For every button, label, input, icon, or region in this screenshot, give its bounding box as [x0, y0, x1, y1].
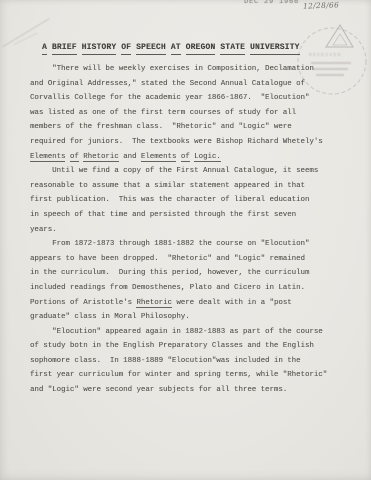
title-word: STATE [220, 43, 245, 55]
document-body: "There will be weekly exercises in Compo… [30, 62, 327, 398]
text-line: Until we find a copy of the First Annual… [30, 164, 327, 179]
text-line: was listed as one of the first term cour… [30, 106, 327, 121]
title-word: OF [121, 43, 131, 55]
title-word: BRIEF [52, 43, 77, 55]
text-line: Elements of Rhetoric and Elements of Log… [30, 150, 327, 165]
date-stamp: DEC 29 1966 [244, 0, 299, 6]
text-line: and "Logic" were second year subjects fo… [30, 383, 327, 398]
title-word: HISTORY [82, 43, 117, 55]
received-stamp-text: RECEIVED [309, 53, 342, 58]
text-line: "There will be weekly exercises in Compo… [30, 62, 327, 77]
text-line: in speech of that time and persisted thr… [30, 208, 327, 223]
text-line: included readings from Demosthenes, Plat… [30, 281, 327, 296]
title-word: OREGON [186, 43, 216, 55]
paragraph: From 1872-1873 through 1881-1882 the cou… [30, 237, 327, 325]
document-title: A BRIEF HISTORY OF SPEECH AT OREGON STAT… [42, 43, 300, 52]
text-line: reasonable to assume that a similar stat… [30, 179, 327, 194]
text-line: and Original Addresses," stated the Seco… [30, 77, 327, 92]
text-line: first publication. This was the characte… [30, 193, 327, 208]
text-line: appears to have been dropped. "Rhetoric"… [30, 252, 327, 267]
text-line: Portions of Aristotle's Rhetoric were de… [30, 296, 327, 311]
text-line: first year curriculum for winter and spr… [30, 368, 327, 383]
title-word: A [42, 43, 47, 55]
text-line: graduate" class in Moral Philosophy. [30, 310, 327, 325]
text-line: "Elocution" appeared again in 1882-1883 … [30, 325, 327, 340]
paragraph: Until we find a copy of the First Annual… [30, 164, 327, 237]
text-line: of study botn in the English Preparatory… [30, 339, 327, 354]
text-line: From 1872-1873 through 1881-1882 the cou… [30, 237, 327, 252]
text-line: Corvallis College for the academic year … [30, 91, 327, 106]
paragraph: "Elocution" appeared again in 1882-1883 … [30, 325, 327, 398]
text-line: years. [30, 223, 327, 238]
text-line: required for juniors. The textbooks were… [30, 135, 327, 150]
title-word: UNIVERSITY [250, 43, 300, 55]
handwritten-date: 12/28/66 [303, 0, 339, 10]
text-line: sophomore class. In 1888-1889 "Elocution… [30, 354, 327, 369]
pencil-mark [14, 33, 38, 45]
title-word: AT [171, 43, 181, 55]
paragraph: "There will be weekly exercises in Compo… [30, 62, 327, 164]
text-line: in the curriculum. During this period, h… [30, 266, 327, 281]
document-page: DEC 29 1966 12/28/66 RECEIVED A BRIEF HI… [0, 0, 371, 480]
title-word: SPEECH [136, 43, 166, 55]
text-line: members of the freshman class. "Rhetoric… [30, 120, 327, 135]
